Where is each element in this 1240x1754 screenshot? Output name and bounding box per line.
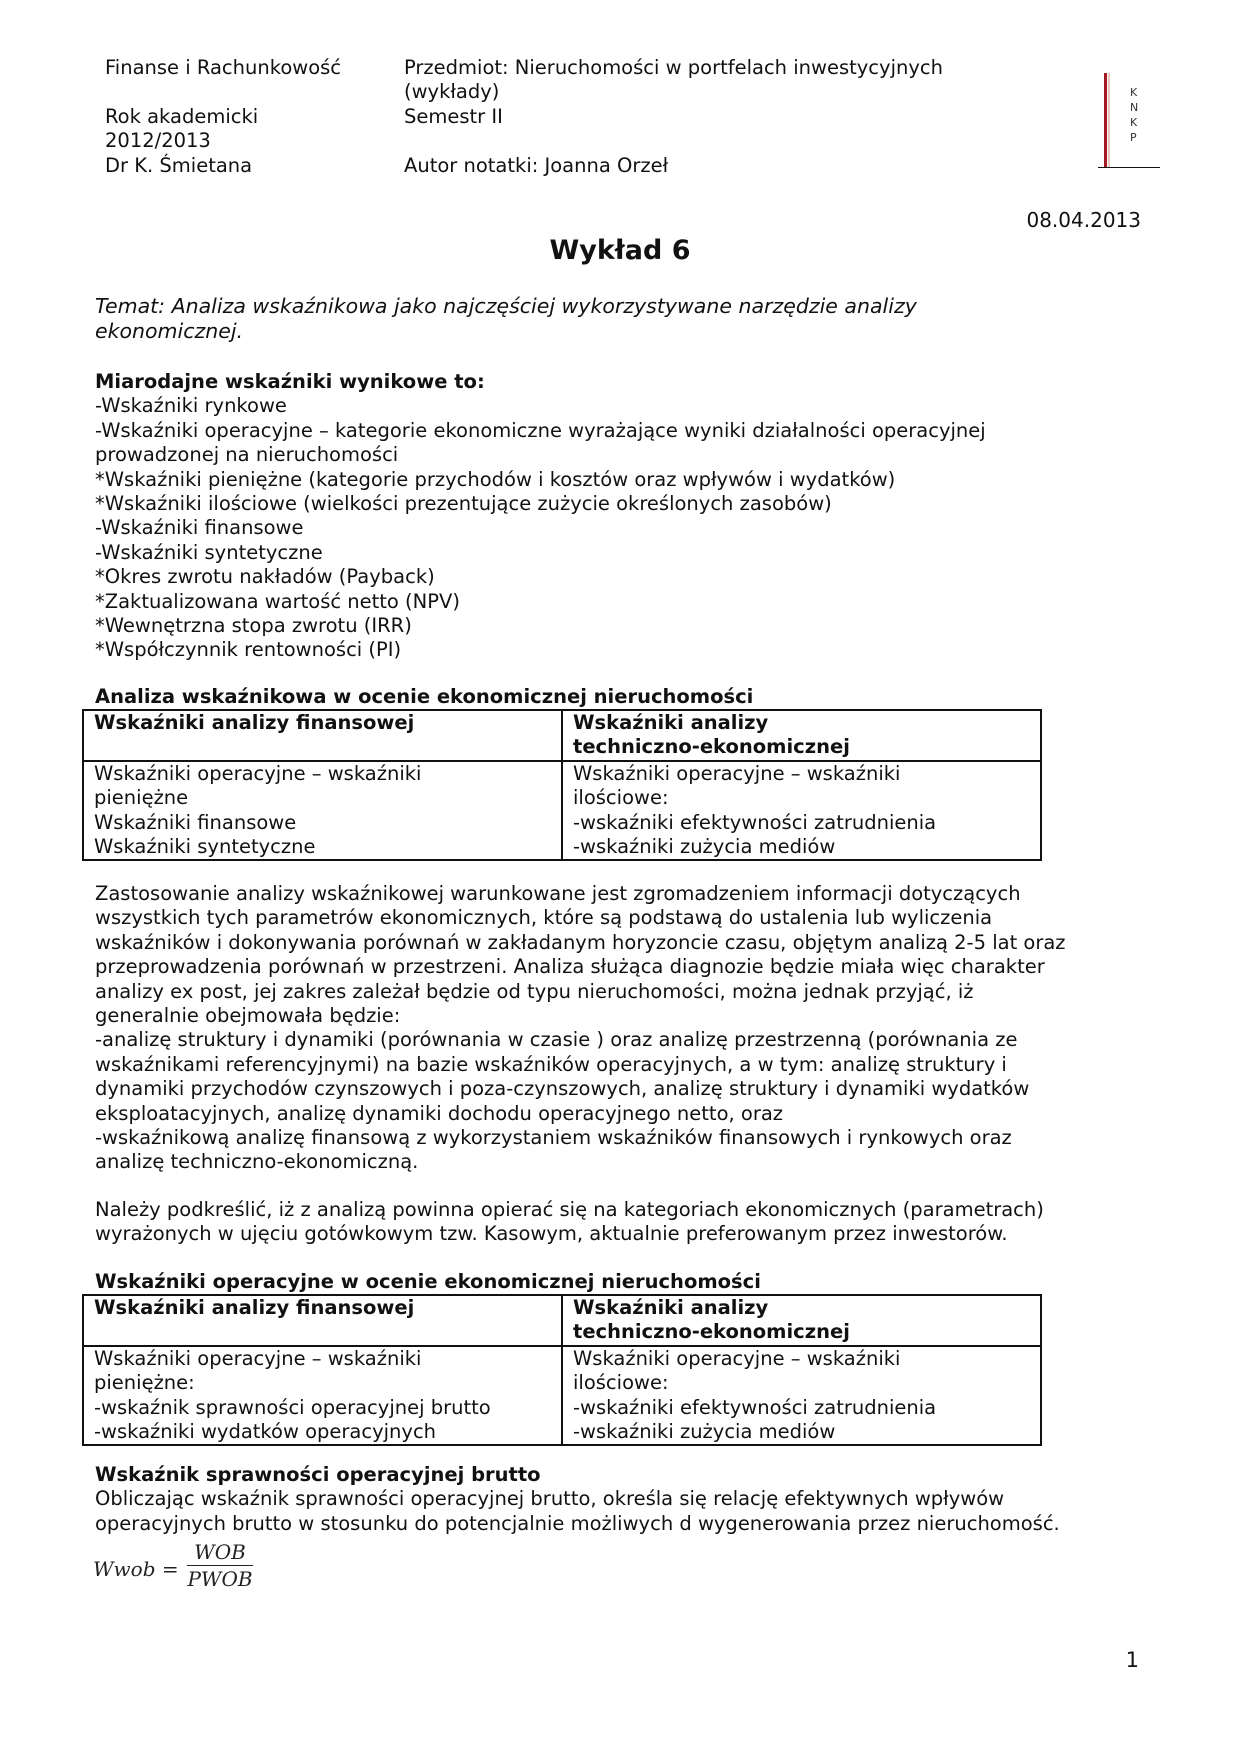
text-line: Wskaźniki operacyjne – wskaźniki — [573, 762, 1030, 786]
text-line: -analizę struktury i dynamiki (porównani… — [95, 1028, 1155, 1052]
formula-fraction: WOB PWOB — [187, 1541, 253, 1590]
text-line: wyrażonych w ujęciu gotówkowym tzw. Kaso… — [95, 1222, 1155, 1246]
text-line: Wskaźniki analizy — [573, 711, 1030, 735]
text-line: przeprowadzenia porównań w przestrzeni. … — [95, 955, 1155, 979]
topic-line-1: Temat: Analiza wskaźnikowa jako najczęśc… — [95, 294, 1045, 319]
formula-lhs: Wwob = — [93, 1557, 179, 1581]
text-line: eksploatacyjnych, analizę dynamiki docho… — [95, 1102, 1155, 1126]
table2-title: Wskaźniki operacyjne w ocenie ekonomiczn… — [95, 1270, 761, 1294]
list-item: *Okres zwrotu nakładów (Payback) — [95, 565, 1155, 589]
table-row: Wskaźniki operacyjne – wskaźnikipieniężn… — [83, 761, 1041, 861]
text-line: Wskaźniki operacyjne – wskaźniki — [573, 1347, 1030, 1371]
list-item: *Zaktualizowana wartość netto (NPV) — [95, 590, 1155, 614]
gross-operating-efficiency-section: Wskaźnik sprawności operacyjnej brutto O… — [95, 1463, 1155, 1536]
page-title: Wykład 6 — [0, 234, 1240, 268]
formula-denominator: PWOB — [187, 1568, 253, 1590]
section-heading: Wskaźnik sprawności operacyjnej brutto — [95, 1463, 1155, 1487]
header-left: Finanse i Rachunkowość Rok akademicki 20… — [105, 56, 405, 178]
text-line: -wskaźnik sprawności operacyjnej brutto — [94, 1396, 551, 1420]
table1-title: Analiza wskaźnikowa w ocenie ekonomiczne… — [95, 685, 753, 709]
list-item: -Wskaźniki syntetyczne — [95, 541, 1155, 565]
text-line: pieniężne — [94, 786, 551, 810]
list-item: prowadzonej na nieruchomości — [95, 443, 1155, 467]
text-line: -wskaźnikową analizę finansową z wykorzy… — [95, 1126, 1155, 1150]
text-line: -wskaźniki efektywności zatrudnienia — [573, 1396, 1030, 1420]
topic-line-2: ekonomicznej. — [95, 319, 1045, 344]
academic-year-label: Rok akademicki — [105, 105, 405, 129]
text-line: dynamiki przychodów czynszowych i poza-c… — [95, 1077, 1155, 1101]
field-of-study: Finanse i Rachunkowość — [105, 56, 405, 80]
text-line: -wskaźniki wydatków operacyjnych — [94, 1420, 551, 1444]
text-line: wskaźników i dokonywania porównań w zakł… — [95, 931, 1155, 955]
text-line: generalnie obejmowała będzie: — [95, 1004, 1155, 1028]
table-header-cell: Wskaźniki analizytechniczno-ekonomicznej — [562, 1295, 1041, 1346]
text-line: Zastosowanie analizy wskaźnikowej warunk… — [95, 882, 1155, 906]
text-line: analizę techniczno-ekonomiczną. — [95, 1150, 1155, 1174]
logo-baseline — [1098, 167, 1160, 168]
page-number: 1 — [1126, 1648, 1139, 1672]
list-item: *Wewnętrzna stopa zwrotu (IRR) — [95, 614, 1155, 638]
section-body: Obliczając wskaźnik sprawności operacyjn… — [95, 1487, 1155, 1536]
text-line: Obliczając wskaźnik sprawności operacyjn… — [95, 1487, 1155, 1511]
text-line: Wskaźniki analizy finansowej — [94, 1296, 551, 1320]
text-line: pieniężne: — [94, 1371, 551, 1395]
text-line: wskaźnikami referencyjnymi) na bazie wsk… — [95, 1053, 1155, 1077]
text-line: operacyjnych brutto w stosunku do potenc… — [95, 1512, 1155, 1536]
table-cell: Wskaźniki operacyjne – wskaźnikipieniężn… — [83, 1346, 562, 1446]
indicators-section: Miarodajne wskaźniki wynikowe to: -Wskaź… — [95, 370, 1155, 663]
text-line: -wskaźniki efektywności zatrudnienia — [573, 811, 1030, 835]
subject-line-2: (wykłady) — [404, 80, 1004, 104]
table-header-cell: Wskaźniki analizy finansowej — [83, 710, 562, 761]
text-line: analizy ex post, jej zakres zależał będz… — [95, 980, 1155, 1004]
lecture-date: 08.04.2013 — [1026, 208, 1141, 232]
text-line: Wskaźniki finansowe — [94, 811, 551, 835]
paragraph-analysis-conditions: Zastosowanie analizy wskaźnikowej warunk… — [95, 882, 1155, 1175]
paragraph-cash-basis: Należy podkreślić, iż z analizą powinna … — [95, 1198, 1155, 1247]
list-item: -Wskaźniki operacyjne – kategorie ekonom… — [95, 419, 1155, 443]
knkp-logo: K N K P — [1098, 73, 1160, 168]
table-header-cell: Wskaźniki analizytechniczno-ekonomicznej — [562, 710, 1041, 761]
logo-bar-shadow — [1108, 73, 1110, 168]
table-row: Wskaźniki operacyjne – wskaźnikipieniężn… — [83, 1346, 1041, 1446]
logo-red-bar — [1104, 73, 1107, 168]
subject-line-1: Przedmiot: Nieruchomości w portfelach in… — [404, 56, 1004, 80]
list-item: *Wskaźniki ilościowe (wielkości prezentu… — [95, 492, 1155, 516]
indicators-list: -Wskaźniki rynkowe-Wskaźniki operacyjne … — [95, 394, 1155, 662]
table-header-row: Wskaźniki analizy finansowej Wskaźniki a… — [83, 1295, 1041, 1346]
table-cell: Wskaźniki operacyjne – wskaźnikiilościow… — [562, 761, 1041, 861]
table-cell: Wskaźniki operacyjne – wskaźnikipieniężn… — [83, 761, 562, 861]
text-line: Wskaźniki syntetyczne — [94, 835, 551, 859]
semester: Semestr II — [404, 105, 1004, 129]
text-line: Wskaźniki operacyjne – wskaźniki — [94, 1347, 551, 1371]
topic: Temat: Analiza wskaźnikowa jako najczęśc… — [95, 294, 1045, 344]
section-heading: Miarodajne wskaźniki wynikowe to: — [95, 370, 1155, 394]
text-line: Należy podkreślić, iż z analizą powinna … — [95, 1198, 1155, 1222]
list-item: *Współczynnik rentowności (PI) — [95, 638, 1155, 662]
text-line: techniczno-ekonomicznej — [573, 1320, 1030, 1344]
fraction-bar — [187, 1565, 253, 1566]
list-item: -Wskaźniki rynkowe — [95, 394, 1155, 418]
logo-letters: K N K P — [1130, 85, 1138, 145]
text-line: wszystkich tych parametrów ekonomicznych… — [95, 906, 1155, 930]
note-author: Autor notatki: Joanna Orzeł — [404, 154, 1004, 178]
text-line: Wskaźniki analizy finansowej — [94, 711, 551, 735]
text-line: -wskaźniki zużycia mediów — [573, 835, 1030, 859]
table-header-row: Wskaźniki analizy finansowej Wskaźniki a… — [83, 710, 1041, 761]
lecturer: Dr K. Śmietana — [105, 154, 405, 178]
formula-numerator: WOB — [187, 1541, 253, 1563]
academic-year: 2012/2013 — [105, 129, 405, 153]
text-line: ilościowe: — [573, 1371, 1030, 1395]
text-line: Wskaźniki analizy — [573, 1296, 1030, 1320]
text-line: techniczno-ekonomicznej — [573, 735, 1030, 759]
table-cell: Wskaźniki operacyjne – wskaźnikiilościow… — [562, 1346, 1041, 1446]
text-line: Wskaźniki operacyjne – wskaźniki — [94, 762, 551, 786]
list-item: -Wskaźniki finansowe — [95, 516, 1155, 540]
text-line: ilościowe: — [573, 786, 1030, 810]
table-header-cell: Wskaźniki analizy finansowej — [83, 1295, 562, 1346]
table1: Wskaźniki analizy finansowej Wskaźniki a… — [82, 709, 1042, 861]
list-item: *Wskaźniki pieniężne (kategorie przychod… — [95, 468, 1155, 492]
table2: Wskaźniki analizy finansowej Wskaźniki a… — [82, 1294, 1042, 1446]
header-right: Przedmiot: Nieruchomości w portfelach in… — [404, 56, 1004, 178]
text-line: -wskaźniki zużycia mediów — [573, 1420, 1030, 1444]
